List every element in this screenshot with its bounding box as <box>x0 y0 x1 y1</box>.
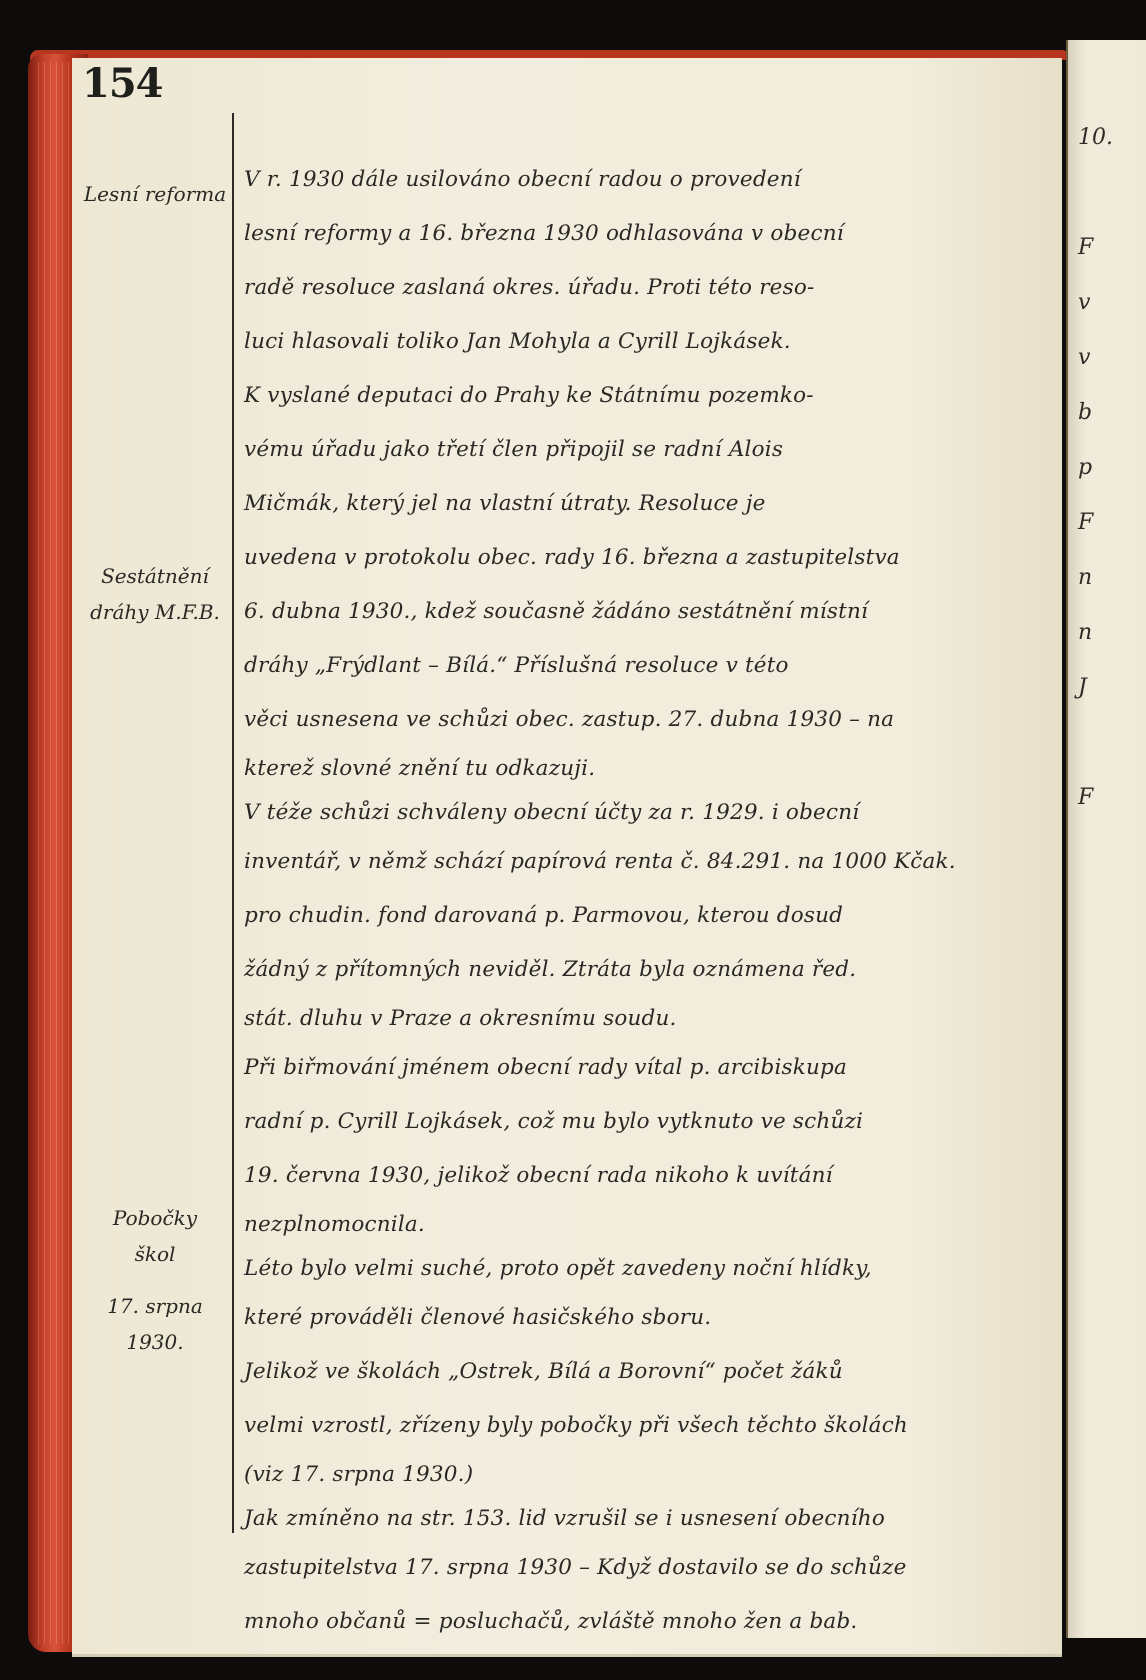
margin-note-line: 17. srpna 1930. <box>80 1288 230 1360</box>
margin-note-line: dráhy M.F.B. <box>80 594 230 630</box>
text-line: velmi vzrostl, zřízeny byly pobočky při … <box>244 1399 1044 1453</box>
page-number: 154 <box>82 60 163 107</box>
text-line: 6. dubna 1930., kdež současně žádáno ses… <box>244 585 1044 639</box>
text-line: stát. dluhu v Praze a okresnímu soudu. <box>244 997 1044 1041</box>
text-line: vému úřadu jako třetí člen připojil se r… <box>244 423 1044 477</box>
text-line: (viz 17. srpna 1930.) <box>244 1453 1044 1497</box>
text-line: dráhy „Frýdlant – Bílá.“ Příslušná resol… <box>244 639 1044 693</box>
margin-note-line: Sestátnění <box>80 558 230 594</box>
text-line: 19. června 1930, jelikož obecní rada nik… <box>244 1149 1044 1203</box>
text-line: radě resoluce zaslaná okres. úřadu. Prot… <box>244 261 1044 315</box>
text-line: zastupitelstva 17. srpna 1930 – Když dos… <box>244 1541 1044 1595</box>
fragment: n <box>1078 550 1146 605</box>
facing-page-fragments: 10. F v v b p F n n J F <box>1078 110 1146 825</box>
text-line: Mičmák, který jel na vlastní útraty. Res… <box>244 477 1044 531</box>
chronicle-page: 154 Lesní reforma Sestátnění dráhy M.F.B… <box>72 58 1062 1657</box>
text-line: luci hlasovali toliko Jan Mohyla a Cyril… <box>244 315 1044 369</box>
text-line: K vyslané deputaci do Prahy ke Státnímu … <box>244 369 1044 423</box>
fragment: p <box>1078 440 1146 495</box>
text-line: věci usnesena ve schůzi obec. zastup. 27… <box>244 693 1044 747</box>
fragment: J <box>1078 660 1146 715</box>
margin-note-pobocky-skol: Pobočky škol 17. srpna 1930. <box>80 1200 230 1360</box>
fragment: n <box>1078 605 1146 660</box>
text-line: inventář, v němž schází papírová renta č… <box>244 835 1044 889</box>
text-line: lesní reformy a 16. března 1930 odhlasov… <box>244 207 1044 261</box>
text-line: V téže schůzi schváleny obecní účty za r… <box>244 791 1044 835</box>
text-line: mnoho občanů = posluchačů, zvláště mnoho… <box>244 1595 1044 1649</box>
text-line: Jelikož ve školách „Ostrek, Bílá a Borov… <box>244 1345 1044 1399</box>
text-line: Při biřmování jménem obecní rady vítal p… <box>244 1041 1044 1095</box>
fragment <box>1078 715 1146 770</box>
chronicle-text: V r. 1930 dále usilováno obecní radou o … <box>244 153 1044 1649</box>
margin-note-zestatneni-drahy: Sestátnění dráhy M.F.B. <box>80 558 230 630</box>
fragment: F <box>1078 770 1146 825</box>
margin-note-text: Lesní reforma <box>80 176 230 212</box>
text-line: žádný z přítomných neviděl. Ztráta byla … <box>244 943 1044 997</box>
text-line: Jak zmíněno na str. 153. lid vzrušil se … <box>244 1497 1044 1541</box>
margin-note-lesni-reforma: Lesní reforma <box>80 176 230 212</box>
text-line: nezplnomocnila. <box>244 1203 1044 1247</box>
fragment <box>1078 165 1146 220</box>
text-line: radní p. Cyrill Lojkásek, což mu bylo vy… <box>244 1095 1044 1149</box>
fragment: b <box>1078 385 1146 440</box>
margin-note-line: škol <box>80 1236 230 1272</box>
fragment: 10. <box>1078 110 1146 165</box>
fragment: F <box>1078 495 1146 550</box>
margin-rule <box>232 113 234 1533</box>
text-line: které prováděli členové hasičského sboru… <box>244 1291 1044 1345</box>
fragment: v <box>1078 330 1146 385</box>
text-line: Léto bylo velmi suché, proto opět zavede… <box>244 1247 1044 1291</box>
text-line: uvedena v protokolu obec. rady 16. březn… <box>244 531 1044 585</box>
facing-page-edge: 10. F v v b p F n n J F <box>1066 40 1146 1638</box>
text-line: pro chudin. fond darovaná p. Parmovou, k… <box>244 889 1044 943</box>
fragment: v <box>1078 275 1146 330</box>
text-line: kterež slovné znění tu odkazuji. <box>244 747 1044 791</box>
text-line: V r. 1930 dále usilováno obecní radou o … <box>244 153 1044 207</box>
margin-note-line: Pobočky <box>80 1200 230 1236</box>
fragment: F <box>1078 220 1146 275</box>
